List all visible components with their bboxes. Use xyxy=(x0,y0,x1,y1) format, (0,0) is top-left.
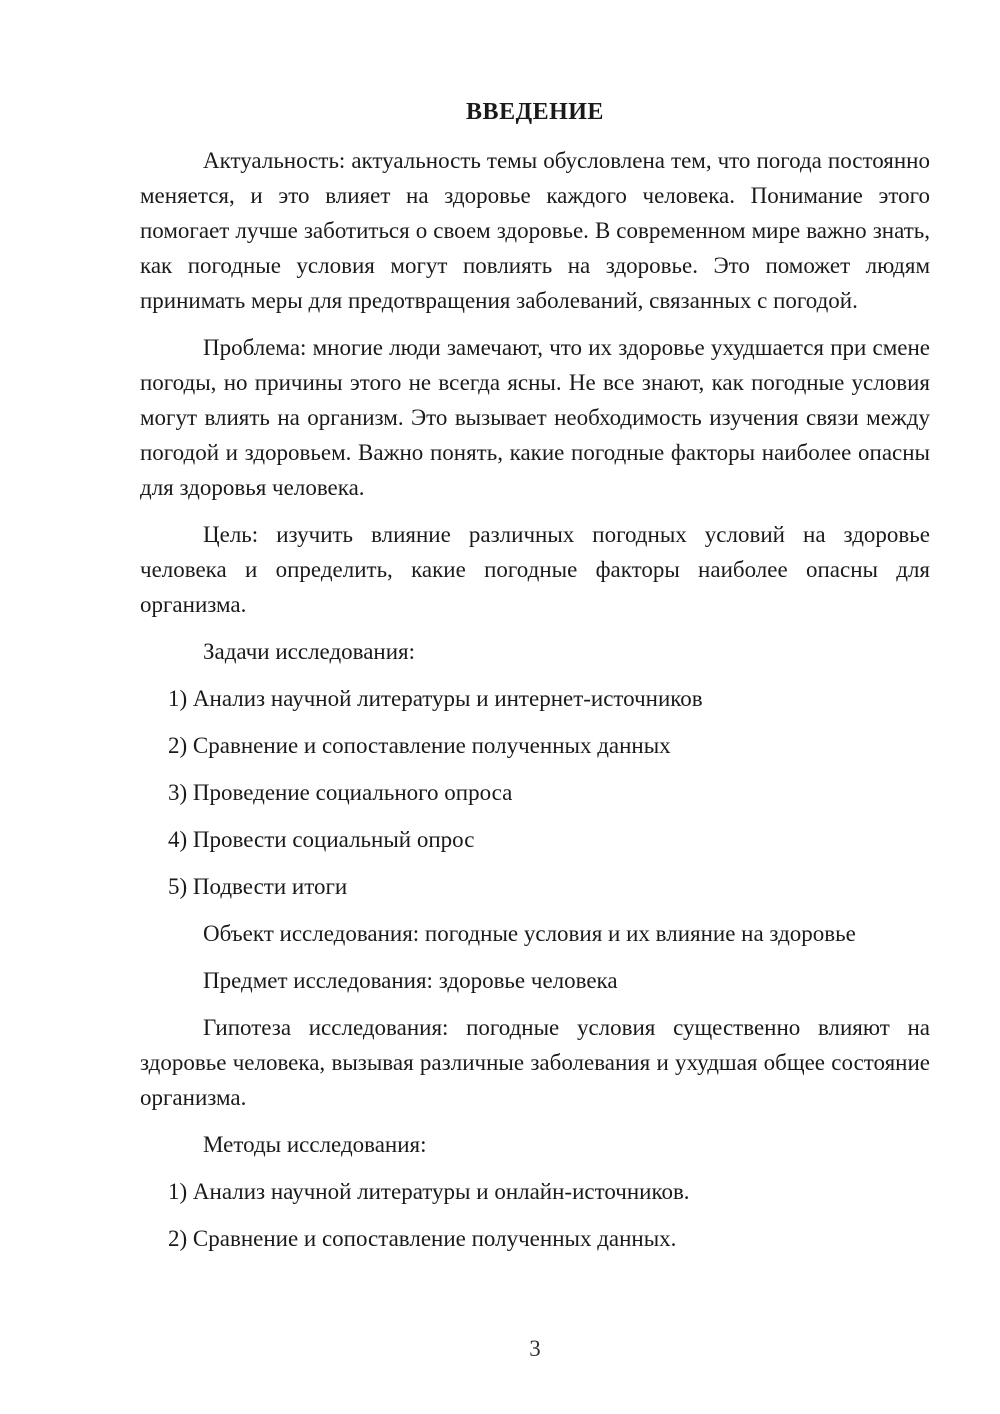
paragraph-hypothesis: Гипотеза исследования: погодные условия … xyxy=(140,1010,930,1115)
task-item-1: 1) Анализ научной литературы и интернет-… xyxy=(140,681,930,716)
method-item-1: 1) Анализ научной литературы и онлайн-ис… xyxy=(140,1174,930,1209)
document-page: ВВЕДЕНИЕ Актуальность: актуальность темы… xyxy=(0,0,1000,1414)
paragraph-object: Объект исследования: погодные условия и … xyxy=(140,916,930,951)
task-item-5: 5) Подвести итоги xyxy=(140,869,930,904)
paragraph-goal: Цель: изучить влияние различных погодных… xyxy=(140,517,930,622)
document-content: ВВЕДЕНИЕ Актуальность: актуальность темы… xyxy=(0,0,1000,1256)
task-item-2: 2) Сравнение и сопоставление полученных … xyxy=(140,728,930,763)
page-number: 3 xyxy=(140,1337,930,1360)
task-item-4: 4) Провести социальный опрос xyxy=(140,822,930,857)
paragraph-subject: Предмет исследования: здоровье человека xyxy=(140,963,930,998)
page-title: ВВЕДЕНИЕ xyxy=(140,95,930,130)
paragraph-problem: Проблема: многие люди замечают, что их з… xyxy=(140,330,930,505)
methods-heading: Методы исследования: xyxy=(140,1127,930,1162)
paragraph-actuality: Актуальность: актуальность темы обусловл… xyxy=(140,143,930,318)
method-item-2: 2) Сравнение и сопоставление полученных … xyxy=(140,1221,930,1256)
task-item-3: 3) Проведение социального опроса xyxy=(140,775,930,810)
tasks-heading: Задачи исследования: xyxy=(140,634,930,669)
